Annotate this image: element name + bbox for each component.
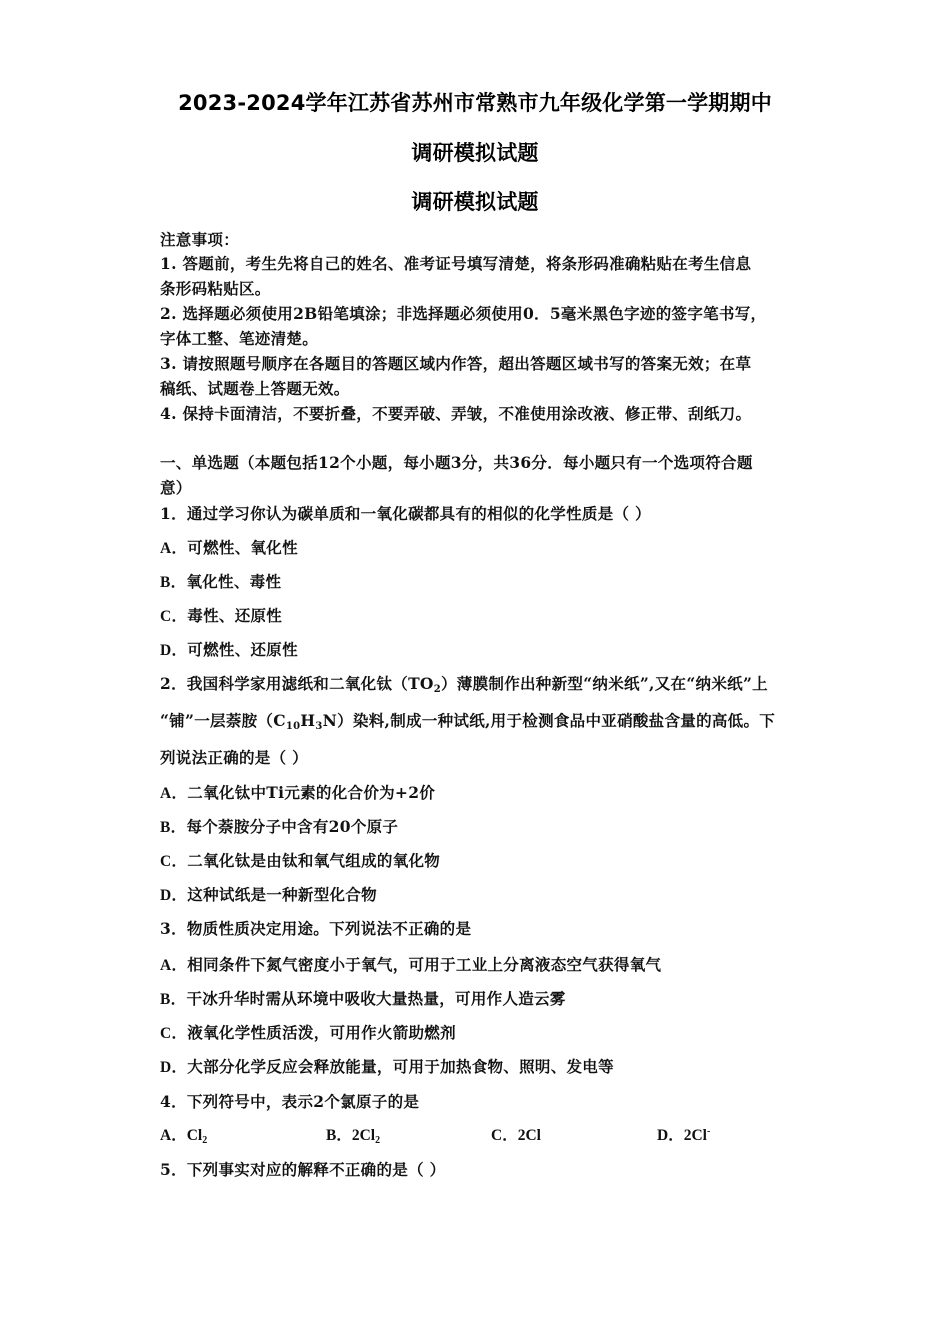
note-line: 条形码粘贴区。 [160, 277, 271, 299]
option-text: 二氧化钛中Ti元素的化合价为+2价 [187, 783, 435, 802]
document-page: 2023-2024学年江苏省苏州市常熟市九年级化学第一学期期中 调研模拟试题 调… [0, 0, 950, 1344]
question-1-option-b: B．氧化性、毒性 [160, 570, 281, 592]
option-label: A． [160, 957, 187, 974]
option-text: 可燃性、氧化性 [187, 538, 298, 557]
note-line: 4. 保持卡面清洁，不要折叠，不要弄破、弄皱，不准使用涂改液、修正带、刮纸刀。 [160, 402, 751, 424]
option-label: B． [160, 819, 186, 836]
document-title: 2023-2024学年江苏省苏州市常熟市九年级化学第一学期期中 [0, 87, 950, 117]
option-text: 这种试纸是一种新型化合物 [187, 885, 377, 904]
option-text: 液氧化学性质活泼，可用作火箭助燃剂 [187, 1023, 456, 1042]
option-label: C． [491, 1127, 518, 1144]
question-4-option-b: B．2Cl2 [326, 1123, 380, 1146]
question-1-option-a: A．可燃性、氧化性 [160, 536, 298, 558]
option-text: 毒性、还原性 [187, 606, 282, 625]
document-subtitle: 调研模拟试题 [0, 137, 950, 167]
note-line: 2. 选择题必须使用2B铅笔填涂；非选择题必须使用0．5毫米黑色字迹的签字笔书写… [160, 302, 766, 324]
section-heading: 一、单选题（本题包括12个小题，每小题3分，共36分．每小题只有一个选项符合题 [160, 451, 753, 473]
option-text: 干冰升华时需从环境中吸收大量热量，可用作人造云雾 [186, 989, 565, 1008]
option-text: 二氧化钛是由钛和氧气组成的氧化物 [187, 851, 440, 870]
option-label: D． [160, 642, 187, 659]
option-label: B． [160, 991, 186, 1008]
question-4-option-c: C．2Cl [491, 1123, 541, 1145]
question-3-option-c: C．液氧化学性质活泼，可用作火箭助燃剂 [160, 1021, 456, 1043]
option-label: D． [657, 1127, 684, 1144]
section-heading-cont: 意） [160, 476, 192, 498]
question-3-option-d: D．大部分化学反应会释放能量，可用于加热食物、照明、发电等 [160, 1055, 614, 1077]
subscript: 2 [434, 684, 441, 695]
subscript: 2 [202, 1135, 207, 1146]
option-text: 可燃性、还原性 [187, 640, 298, 659]
stem-text: H [300, 711, 315, 730]
note-line: 稿纸、试题卷上答题无效。 [160, 377, 350, 399]
document-subtitle-repeat: 调研模拟试题 [0, 186, 950, 216]
question-1-option-c: C．毒性、还原性 [160, 604, 282, 626]
option-text: 氧化性、毒性 [186, 572, 281, 591]
option-label: B． [326, 1127, 352, 1144]
question-4-stem: 4．下列符号中，表示2个氯原子的是 [160, 1090, 419, 1112]
option-text: Cl [187, 1127, 203, 1144]
note-line: 3. 请按照题号顺序在各题目的答题区域内作答，超出答题区域书写的答案无效；在草 [160, 352, 751, 374]
option-label: A． [160, 785, 187, 802]
note-line: 字体工整、笔迹清楚。 [160, 327, 318, 349]
question-4-options: A．Cl2 B．2Cl2 C．2Cl D．2Cl- [160, 1123, 720, 1145]
question-2-stem-line1: 2．我国科学家用滤纸和二氧化钛（TO2）薄膜制作出种新型“纳米纸”,又在“纳米纸… [160, 672, 768, 695]
question-2-option-c: C．二氧化钛是由钛和氧气组成的氧化物 [160, 849, 440, 871]
stem-text: N）染料,制成一种试纸,用于检测食品中亚硝酸盐含量的高低。下 [323, 711, 775, 730]
option-text: 每个萘胺分子中含有20个原子 [186, 817, 398, 836]
question-2-option-a: A．二氧化钛中Ti元素的化合价为+2价 [160, 781, 435, 803]
notes-heading: 注意事项： [160, 228, 239, 250]
question-2-stem-line2: “铺”一层萘胺（C10H3N）染料,制成一种试纸,用于检测食品中亚硝酸盐含量的高… [160, 709, 775, 732]
option-text: 大部分化学反应会释放能量，可用于加热食物、照明、发电等 [187, 1057, 614, 1076]
option-label: C． [160, 1025, 187, 1042]
option-label: A． [160, 540, 187, 557]
option-label: D． [160, 1059, 187, 1076]
option-label: A． [160, 1127, 187, 1144]
option-text: 2Cl [518, 1127, 541, 1144]
question-3-option-b: B．干冰升华时需从环境中吸收大量热量，可用作人造云雾 [160, 987, 566, 1009]
question-1-stem: 1．通过学习你认为碳单质和一氧化碳都具有的相似的化学性质是（ ） [160, 502, 651, 524]
stem-text: ）薄膜制作出种新型“纳米纸”,又在“纳米纸”上 [441, 674, 768, 693]
question-4-option-d: D．2Cl- [657, 1123, 710, 1145]
option-label: D． [160, 887, 187, 904]
question-2-option-b: B．每个萘胺分子中含有20个原子 [160, 815, 398, 837]
option-label: B． [160, 574, 186, 591]
question-2-option-d: D．这种试纸是一种新型化合物 [160, 883, 377, 905]
superscript: - [707, 1126, 710, 1137]
question-5-stem: 5．下列事实对应的解释不正确的是（ ） [160, 1158, 445, 1180]
subscript: 10 [286, 721, 301, 732]
question-1-option-d: D．可燃性、还原性 [160, 638, 298, 660]
subscript: 2 [375, 1135, 380, 1146]
question-3-option-a: A．相同条件下氮气密度小于氧气，可用于工业上分离液态空气获得氧气 [160, 953, 661, 975]
question-4-option-a: A．Cl2 [160, 1123, 207, 1146]
stem-text: 2．我国科学家用滤纸和二氧化钛（TO [160, 674, 434, 693]
question-2-stem-line3: 列说法正确的是（ ） [160, 746, 308, 768]
option-label: C． [160, 853, 187, 870]
option-text: 2Cl [684, 1127, 707, 1144]
option-text: 2Cl [352, 1127, 375, 1144]
stem-text: “铺”一层萘胺（C [160, 711, 286, 730]
option-label: C． [160, 608, 187, 625]
subscript: 3 [315, 721, 322, 732]
option-text: 相同条件下氮气密度小于氧气，可用于工业上分离液态空气获得氧气 [187, 955, 661, 974]
note-line: 1. 答题前，考生先将自己的姓名、准考证号填写清楚，将条形码准确粘贴在考生信息 [160, 252, 751, 274]
question-3-stem: 3．物质性质决定用途。下列说法不正确的是 [160, 917, 471, 939]
